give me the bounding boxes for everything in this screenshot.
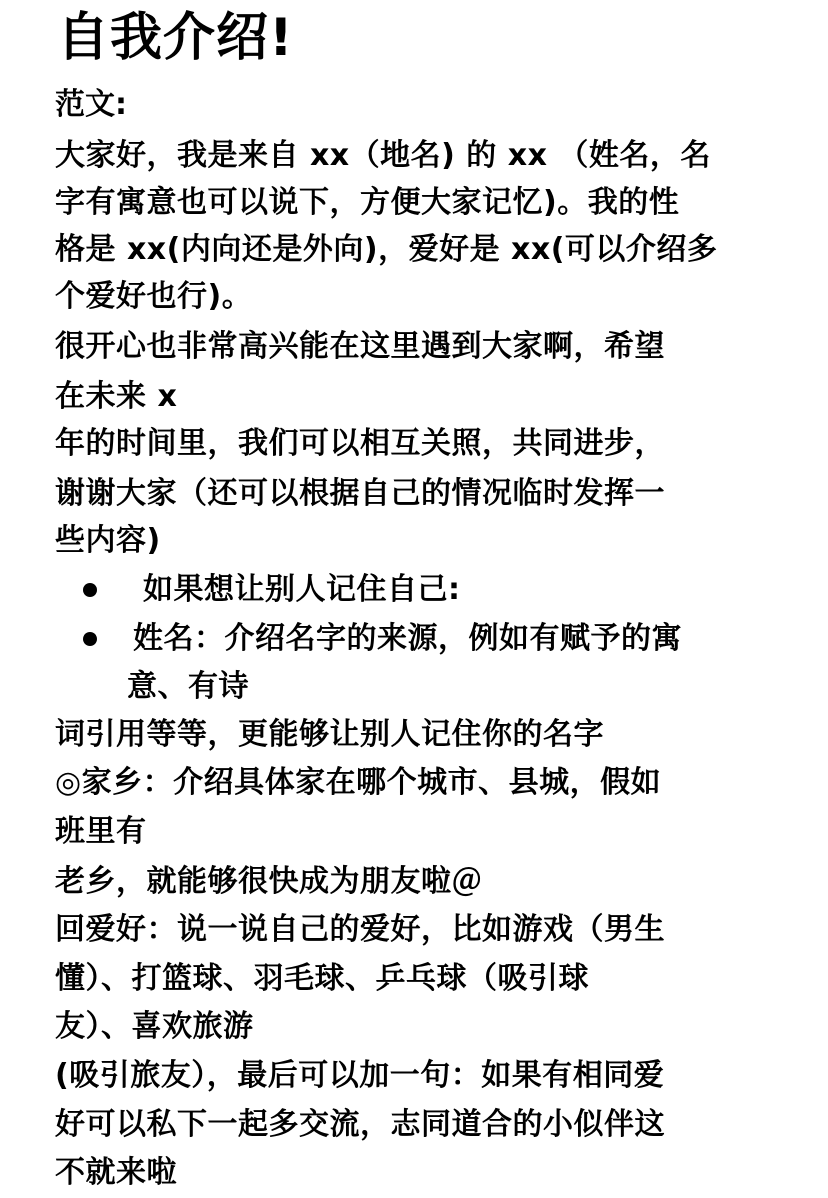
bullet-icon	[83, 632, 97, 646]
paragraph-line: (吸引旅友），最后可以加一句：如果有相同爱	[55, 1054, 664, 1098]
paragraph-line: 懂）、打篮球、羽毛球、乒乓球（吸引球	[55, 957, 589, 1001]
paragraph-line: 班里有	[55, 810, 147, 854]
bullet-item: 如果想让别人记住自己:	[143, 568, 461, 612]
paragraph-line: 很开心也非常高兴能在这里遇到大家啊，希望	[55, 325, 665, 369]
paragraph-line: 格是 xx(内向还是外向)，爱好是 xx(可以介绍多	[55, 228, 717, 272]
paragraph-line: 词引用等等，更能够让别人记住你的名字	[55, 713, 604, 757]
bullet-icon	[83, 583, 97, 597]
bullet-item-continuation: 意、有诗	[127, 665, 249, 709]
paragraph-line: 谢谢大家（还可以根据自己的情况临时发挥一	[55, 472, 665, 516]
bullet-item: 姓名：介绍名字的来源，例如有赋予的寓	[133, 617, 682, 661]
section-label: 范文:	[55, 83, 127, 127]
paragraph-line: 不就来啦	[55, 1151, 177, 1195]
paragraph-line: ◎家乡：介绍具体家在哪个城市、县城，假如	[55, 761, 661, 805]
paragraph-line: 年的时间里，我们可以相互关照，共同进步，	[55, 422, 665, 466]
paragraph-line: 老乡，就能够很快成为朋友啦＠	[55, 860, 482, 904]
page-title: 自我介绍!	[57, 4, 294, 72]
paragraph-line: 友）、喜欢旅游	[55, 1005, 254, 1049]
paragraph-line: 回爱好：说一说自己的爱好，比如游戏（男生	[55, 908, 665, 952]
paragraph-line: 好可以私下一起多交流，志同道合的小似伴这	[55, 1103, 665, 1147]
paragraph-line: 些内容)	[55, 519, 161, 563]
paragraph-line: 大家好，我是来自 xx（地名) 的 xx （姓名，名	[55, 134, 711, 178]
paragraph-line: 字有寓意也可以说下，方便大家记忆)。我的性	[55, 181, 679, 225]
paragraph-line: 在未来 x	[55, 375, 177, 419]
paragraph-line: 个爱好也行)。	[55, 275, 252, 319]
